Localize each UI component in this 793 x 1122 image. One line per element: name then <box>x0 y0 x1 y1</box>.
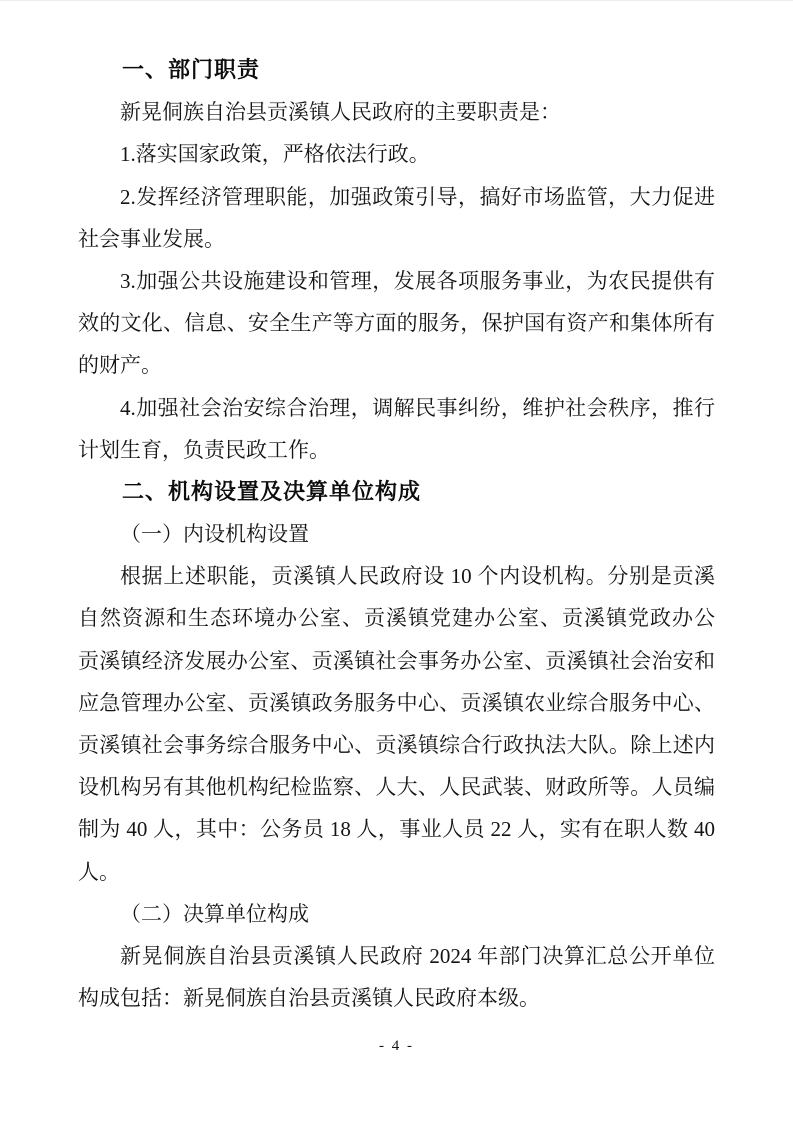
text-line: 应急管理办公室、贡溪镇政务服务中心、贡溪镇农业综合服务中心、 <box>78 682 715 724</box>
text-line: 人。 <box>78 851 715 893</box>
text-line: 1.落实国家政策，严格依法行政。 <box>78 133 715 175</box>
text-line: 计划生育，负责民政工作。 <box>78 429 715 471</box>
page-top-edge <box>0 0 793 1</box>
text-line: 2.发挥经济管理职能，加强政策引导，搞好市场监管，大力促进 <box>78 176 715 218</box>
text-line: 根据上述职能，贡溪镇人民政府设 10 个内设机构。分别是贡溪镇 <box>78 555 715 597</box>
section-heading: 二、机构设置及决算单位构成 <box>78 471 715 513</box>
text-line: （二）决算单位构成 <box>78 893 715 935</box>
text-line: 新晃侗族自治县贡溪镇人民政府的主要职责是： <box>78 91 715 133</box>
text-line: （一）内设机构设置 <box>78 513 715 555</box>
section-heading: 一、部门职责 <box>78 49 715 91</box>
text-line: 的财产。 <box>78 344 715 386</box>
page-number: - 4 - <box>0 1038 793 1055</box>
text-line: 制为 40 人，其中：公务员 18 人，事业人员 22 人，实有在职人数 40 <box>78 808 715 850</box>
text-line: 构成包括：新晃侗族自治县贡溪镇人民政府本级。 <box>78 977 715 1019</box>
document-text: 一、部门职责新晃侗族自治县贡溪镇人民政府的主要职责是：1.落实国家政策，严格依法… <box>78 49 715 1019</box>
text-line: 4.加强社会治安综合治理，调解民事纠纷，维护社会秩序，推行 <box>78 387 715 429</box>
text-line: 贡溪镇社会事务综合服务中心、贡溪镇综合行政执法大队。除上述内 <box>78 724 715 766</box>
text-line: 3.加强公共设施建设和管理，发展各项服务事业，为农民提供有 <box>78 260 715 302</box>
text-line: 社会事业发展。 <box>78 218 715 260</box>
text-line: 设机构另有其他机构纪检监察、人大、人民武装、财政所等。人员编 <box>78 766 715 808</box>
text-line: 新晃侗族自治县贡溪镇人民政府 2024 年部门决算汇总公开单位 <box>78 935 715 977</box>
text-line: 效的文化、信息、安全生产等方面的服务，保护国有资产和集体所有 <box>78 302 715 344</box>
document-page: 一、部门职责新晃侗族自治县贡溪镇人民政府的主要职责是：1.落实国家政策，严格依法… <box>0 0 793 1122</box>
text-line: 贡溪镇经济发展办公室、贡溪镇社会事务办公室、贡溪镇社会治安和 <box>78 640 715 682</box>
text-line: 自然资源和生态环境办公室、贡溪镇党建办公室、贡溪镇党政办公室、 <box>78 597 715 639</box>
